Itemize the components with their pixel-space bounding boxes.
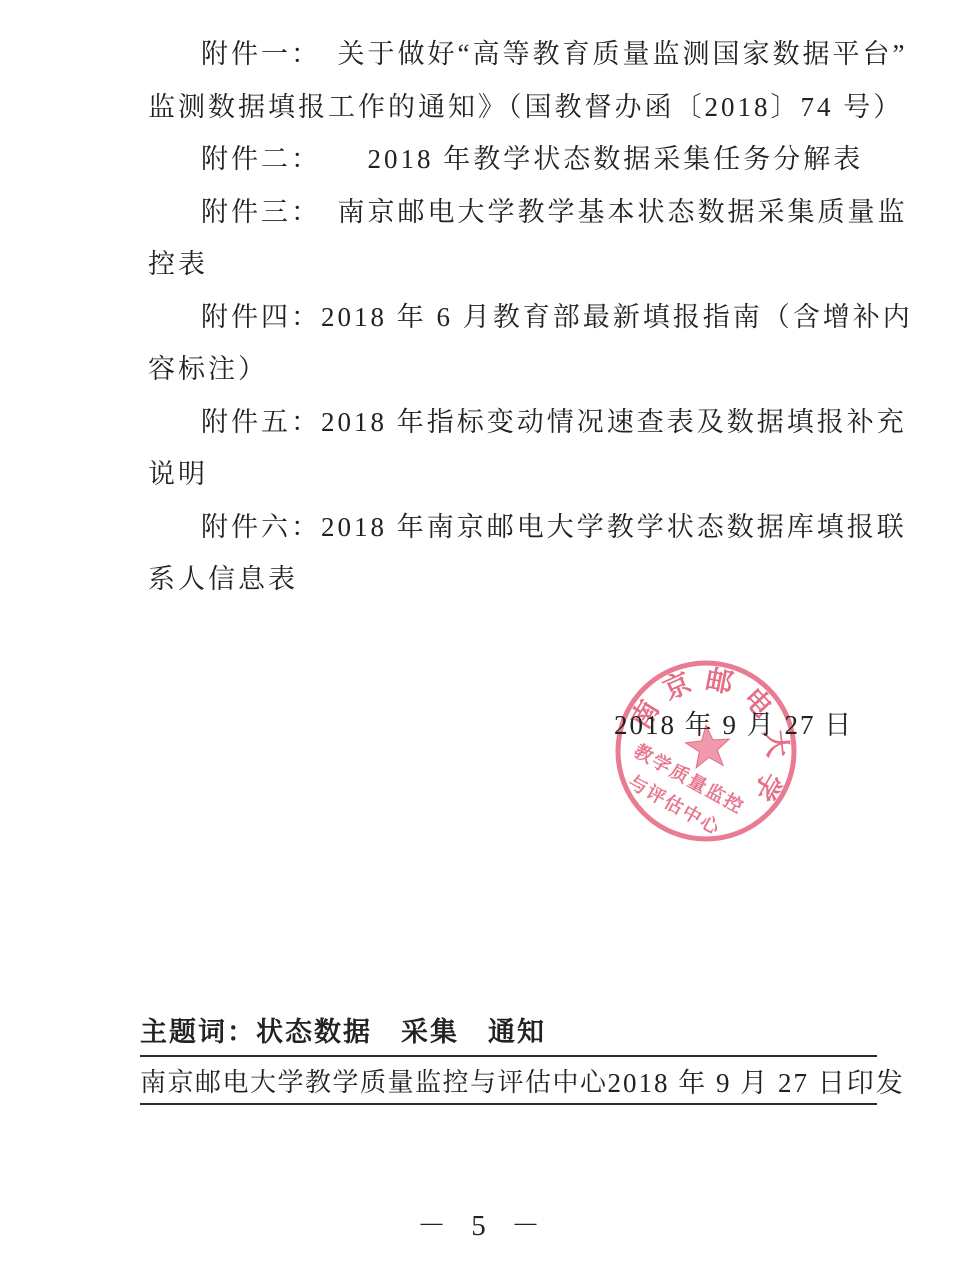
attachment-list: 附件一： 关于做好“高等教育质量监测国家数据平台” 监测数据填报工作的通知》（国… xyxy=(0,28,980,606)
publisher-row: 南京邮电大学教学质量监控与评估中心 2018 年 9 月 27 日印发 xyxy=(140,1057,877,1103)
attachment-line-3: 附件三： 南京邮电大学教学基本状态数据采集质量监 xyxy=(0,186,980,239)
attachment-line-1-cont: 监测数据填报工作的通知》（国教督办函〔2018〕74 号） xyxy=(0,81,980,134)
issue-date: 2018 年 9 月 27 日 xyxy=(614,703,853,742)
document-page: 附件一： 关于做好“高等教育质量监测国家数据平台” 监测数据填报工作的通知》（国… xyxy=(0,0,980,1261)
attachment-line-1: 附件一： 关于做好“高等教育质量监测国家数据平台” xyxy=(0,28,980,81)
attachment-line-6-cont: 系人信息表 xyxy=(0,553,980,606)
page-number: － 5 － xyxy=(0,1203,966,1244)
attachment-line-2: 附件二： 2018 年教学状态数据采集任务分解表 xyxy=(0,133,980,186)
attachment-line-5-cont: 说明 xyxy=(0,448,980,501)
attachment-line-5: 附件五：2018 年指标变动情况速查表及数据填报补充 xyxy=(0,396,980,449)
subject-keywords: 主题词：状态数据 采集 通知 xyxy=(140,1014,877,1055)
print-date: 2018 年 9 月 27 日印发 xyxy=(608,1061,905,1100)
official-seal: 南 京 邮 电 大 学 教学质量监控 与评估中心 xyxy=(596,641,816,861)
attachment-line-3-cont: 控表 xyxy=(0,238,980,291)
seal-ring-char-3: 邮 xyxy=(703,664,735,699)
attachment-line-4: 附件四：2018 年 6 月教育部最新填报指南（含增补内 xyxy=(0,291,980,344)
divider-line-bottom xyxy=(140,1103,877,1105)
document-footer: 主题词：状态数据 采集 通知 南京邮电大学教学质量监控与评估中心 2018 年 … xyxy=(140,1014,877,1105)
seal-inner-text: 教学质量监控 与评估中心 xyxy=(615,739,748,844)
attachment-line-4-cont: 容标注） xyxy=(0,343,980,396)
attachment-line-6: 附件六：2018 年南京邮电大学教学状态数据库填报联 xyxy=(0,501,980,554)
issuing-office: 南京邮电大学教学质量监控与评估中心 xyxy=(140,1062,608,1099)
